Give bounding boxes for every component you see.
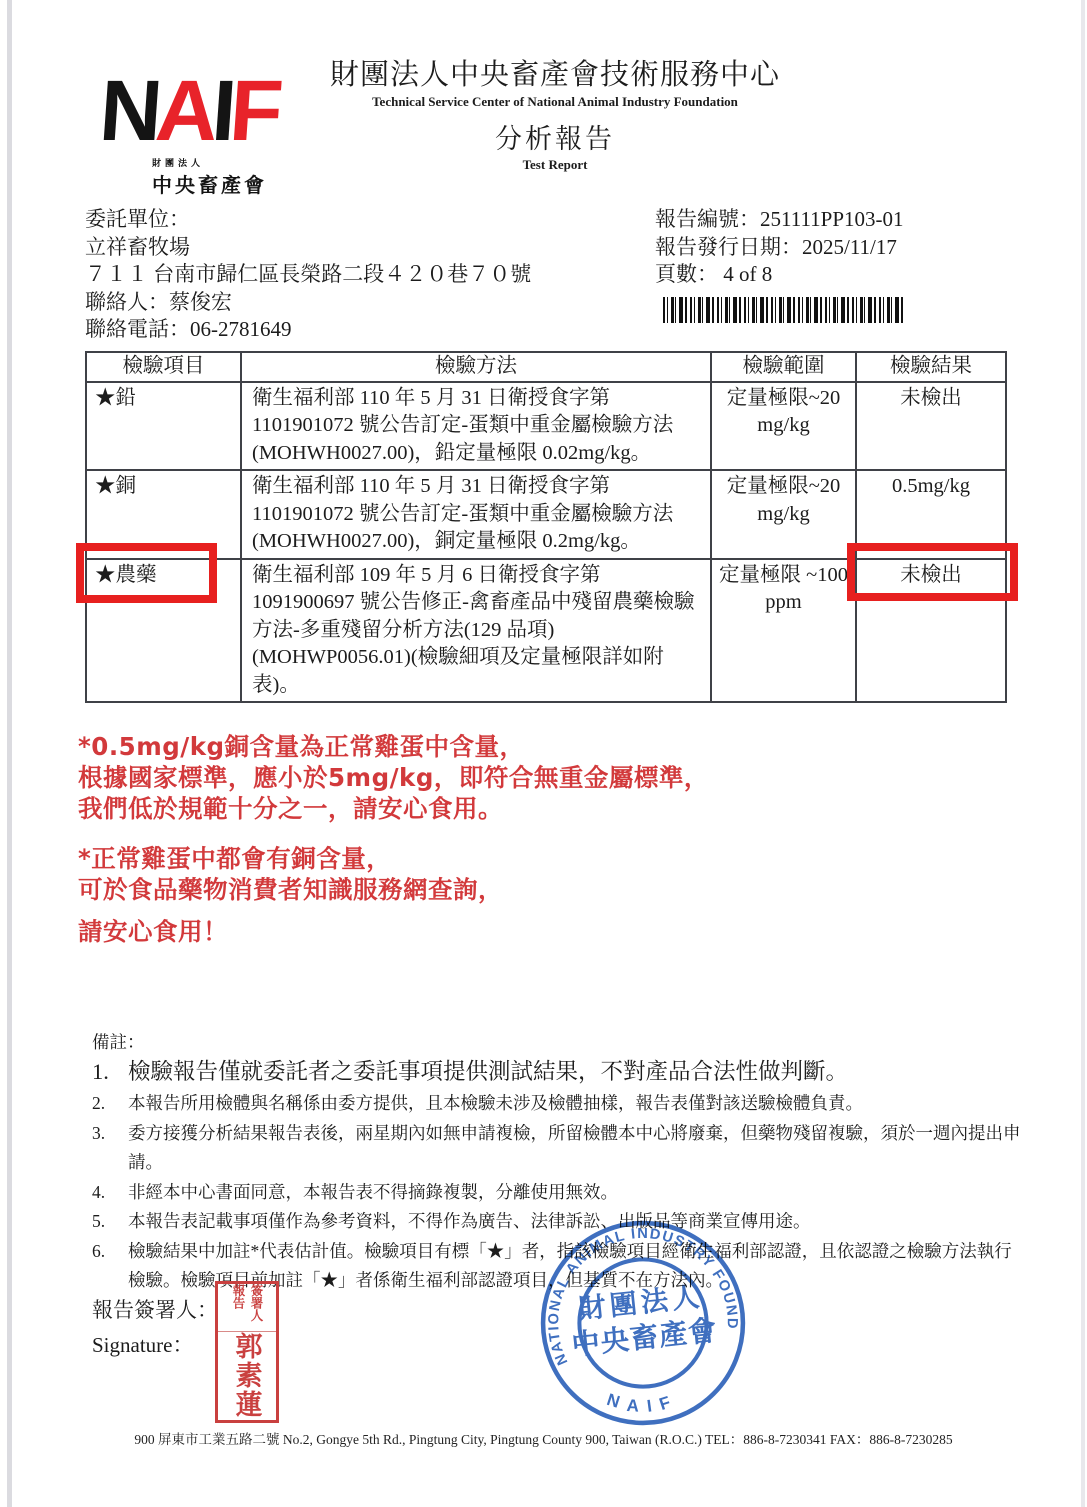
note-number: 3. (92, 1119, 128, 1178)
report-issue-date: 報告發行日期：2025/11/17 (655, 234, 904, 262)
note-number: 4. (92, 1178, 128, 1208)
signer-label-zh: 報告簽署人： (92, 1293, 218, 1328)
organization-title-en: Technical Service Center of National Ani… (315, 94, 795, 110)
note-item: 2. 本報告所用檢體與名稱係由委方提供，且本檢驗未涉及檢體抽樣，報告表僅對該送驗… (92, 1089, 1022, 1119)
note-item: 3. 委方接獲分析結果報告表後，兩星期內如無申請複檢，所留檢體本中心將廢棄，但藥… (92, 1119, 1022, 1178)
note-number: 5. (92, 1207, 128, 1237)
signer-stamp-title: 報告 簽署人 (218, 1284, 276, 1332)
annotation-line: *正常雞蛋中都會有銅含量， (78, 843, 503, 874)
table-header-row: 檢驗項目 檢驗方法 檢驗範圍 檢驗結果 (86, 352, 1006, 382)
signer-stamp-title-right: 簽署人 (249, 1284, 263, 1331)
annotation-eat-safely: 請安心食用！ (78, 916, 228, 947)
note-text: 非經本中心書面同意，本報告表不得摘錄複製，分離使用無效。 (128, 1178, 618, 1208)
client-label: 委託單位： (85, 206, 531, 234)
annotation-line: 根據國家標準，應小於5mg/kg，即符合無重金屬標準， (78, 762, 709, 793)
note-item: 4. 非經本中心書面同意，本報告表不得摘錄複製，分離使用無效。 (92, 1178, 1022, 1208)
client-name: 立祥畜牧場 (85, 234, 531, 262)
highlight-box-pesticide-result (847, 543, 1018, 601)
cell-result: 未檢出 (856, 382, 1006, 471)
signer-stamp: 報告 簽署人 郭素蓮 (215, 1281, 279, 1423)
note-text: 本報告所用檢體與名稱係由委方提供，且本檢驗未涉及檢體抽樣，報告表僅對該送驗檢體負… (128, 1089, 863, 1119)
organization-title-zh: 財團法人中央畜產會技術服務中心 (315, 52, 795, 93)
document-title-zh: 分析報告 (315, 117, 795, 156)
logo-subtitle-large: 中央畜產會 (152, 169, 280, 198)
cell-method: 衛生福利部 110 年 5 月 31 日衛授食字第 1101901072 號公告… (241, 470, 711, 559)
logo-subtitle: 財團法人 中央畜產會 (152, 156, 280, 198)
header-test-method: 檢驗方法 (241, 352, 711, 382)
document-title-en: Test Report (315, 157, 795, 173)
client-phone: 聯絡電話：06-2781649 (85, 316, 531, 344)
note-text: 檢驗報告僅就委託者之委託事項提供測試結果，不對產品合法性做判斷。 (128, 1054, 848, 1089)
signer-stamp-title-left: 報告 (231, 1284, 245, 1331)
client-info: 委託單位： 立祥畜牧場 ７１１ 台南市歸仁區長榮路二段４２０巷７０號 聯絡人：蔡… (85, 206, 531, 344)
cell-range: 定量極限 ~100 ppm (711, 559, 856, 703)
note-number: 2. (92, 1089, 128, 1119)
report-info: 報告編號：251111PP103-01 報告發行日期：2025/11/17 頁數… (655, 206, 904, 289)
scan-edge (7, 0, 12, 1507)
report-number: 報告編號：251111PP103-01 (655, 206, 904, 234)
header-test-range: 檢驗範圍 (711, 352, 856, 382)
svg-text:NAIF: NAIF (604, 1389, 681, 1416)
client-address: ７１１ 台南市歸仁區長榮路二段４２０巷７０號 (85, 261, 531, 289)
logo-letter-f: F (227, 63, 280, 159)
cell-method: 衛生福利部 109 年 5 月 6 日衛授食字第 1091900697 號公告修… (241, 559, 711, 703)
annotation-line: 我們低於規範十分之一，請安心食用。 (78, 793, 709, 824)
barcode (663, 297, 906, 323)
table-row-lead: ★鉛 衛生福利部 110 年 5 月 31 日衛授食字第 1101901072 … (86, 382, 1006, 471)
naif-logo-letters: NAIF (97, 68, 283, 154)
header-test-result: 檢驗結果 (856, 352, 1006, 382)
annotation-copper-normal: *正常雞蛋中都會有銅含量， 可於食品藥物消費者知識服務網查詢， (78, 843, 503, 905)
signature-block: 報告簽署人： Signature： (92, 1293, 218, 1363)
signer-stamp-name: 郭素蓮 (228, 1332, 267, 1420)
highlight-box-pesticide-item (76, 543, 217, 603)
cell-method: 衛生福利部 110 年 5 月 31 日衛授食字第 1101901072 號公告… (241, 382, 711, 471)
report-page-count: 頁數： 4 of 8 (655, 261, 904, 289)
footer-address: 900 屏東市工業五路二號 No.2, Gongye 5th Rd., Ping… (0, 1428, 1087, 1448)
client-contact: 聯絡人：蔡俊宏 (85, 289, 531, 317)
header-test-item: 檢驗項目 (86, 352, 241, 382)
note-number: 6. (92, 1237, 128, 1296)
notes-label: 備註： (92, 1030, 1022, 1054)
foundation-seal: NATIONAL ANIMAL INDUSTRY FOUNDATION NAIF… (536, 1216, 750, 1430)
title-block: 財團法人中央畜產會技術服務中心 Technical Service Center… (315, 52, 795, 173)
annotation-line: 可於食品藥物消費者知識服務網查詢， (78, 874, 503, 905)
annotation-copper-content: *0.5mg/kg銅含量為正常雞蛋中含量， 根據國家標準，應小於5mg/kg，即… (78, 731, 709, 824)
cell-item: ★鉛 (86, 382, 241, 471)
cell-range: 定量極限~20 mg/kg (711, 382, 856, 471)
note-number: 1. (92, 1054, 128, 1089)
seal-naif-text: NAIF (604, 1389, 681, 1416)
results-table: 檢驗項目 檢驗方法 檢驗範圍 檢驗結果 ★鉛 衛生福利部 110 年 5 月 3… (85, 351, 1007, 703)
scan-edge (1081, 0, 1085, 1507)
note-text: 委方接獲分析結果報告表後，兩星期內如無申請複檢，所留檢體本中心將廢棄，但藥物殘留… (128, 1119, 1022, 1178)
note-item: 1. 檢驗報告僅就委託者之委託事項提供測試結果，不對產品合法性做判斷。 (92, 1054, 1022, 1089)
logo-letter-n: N (97, 63, 160, 159)
test-report-page: NAIF 財團法人 中央畜產會 財團法人中央畜產會技術服務中心 Technica… (0, 0, 1087, 1507)
signer-label-en: Signature： (92, 1328, 218, 1363)
naif-logo: NAIF 財團法人 中央畜產會 (100, 68, 280, 198)
cell-range: 定量極限~20 mg/kg (711, 470, 856, 559)
logo-letter-a: A (153, 63, 216, 159)
annotation-line: *0.5mg/kg銅含量為正常雞蛋中含量， (78, 731, 709, 762)
